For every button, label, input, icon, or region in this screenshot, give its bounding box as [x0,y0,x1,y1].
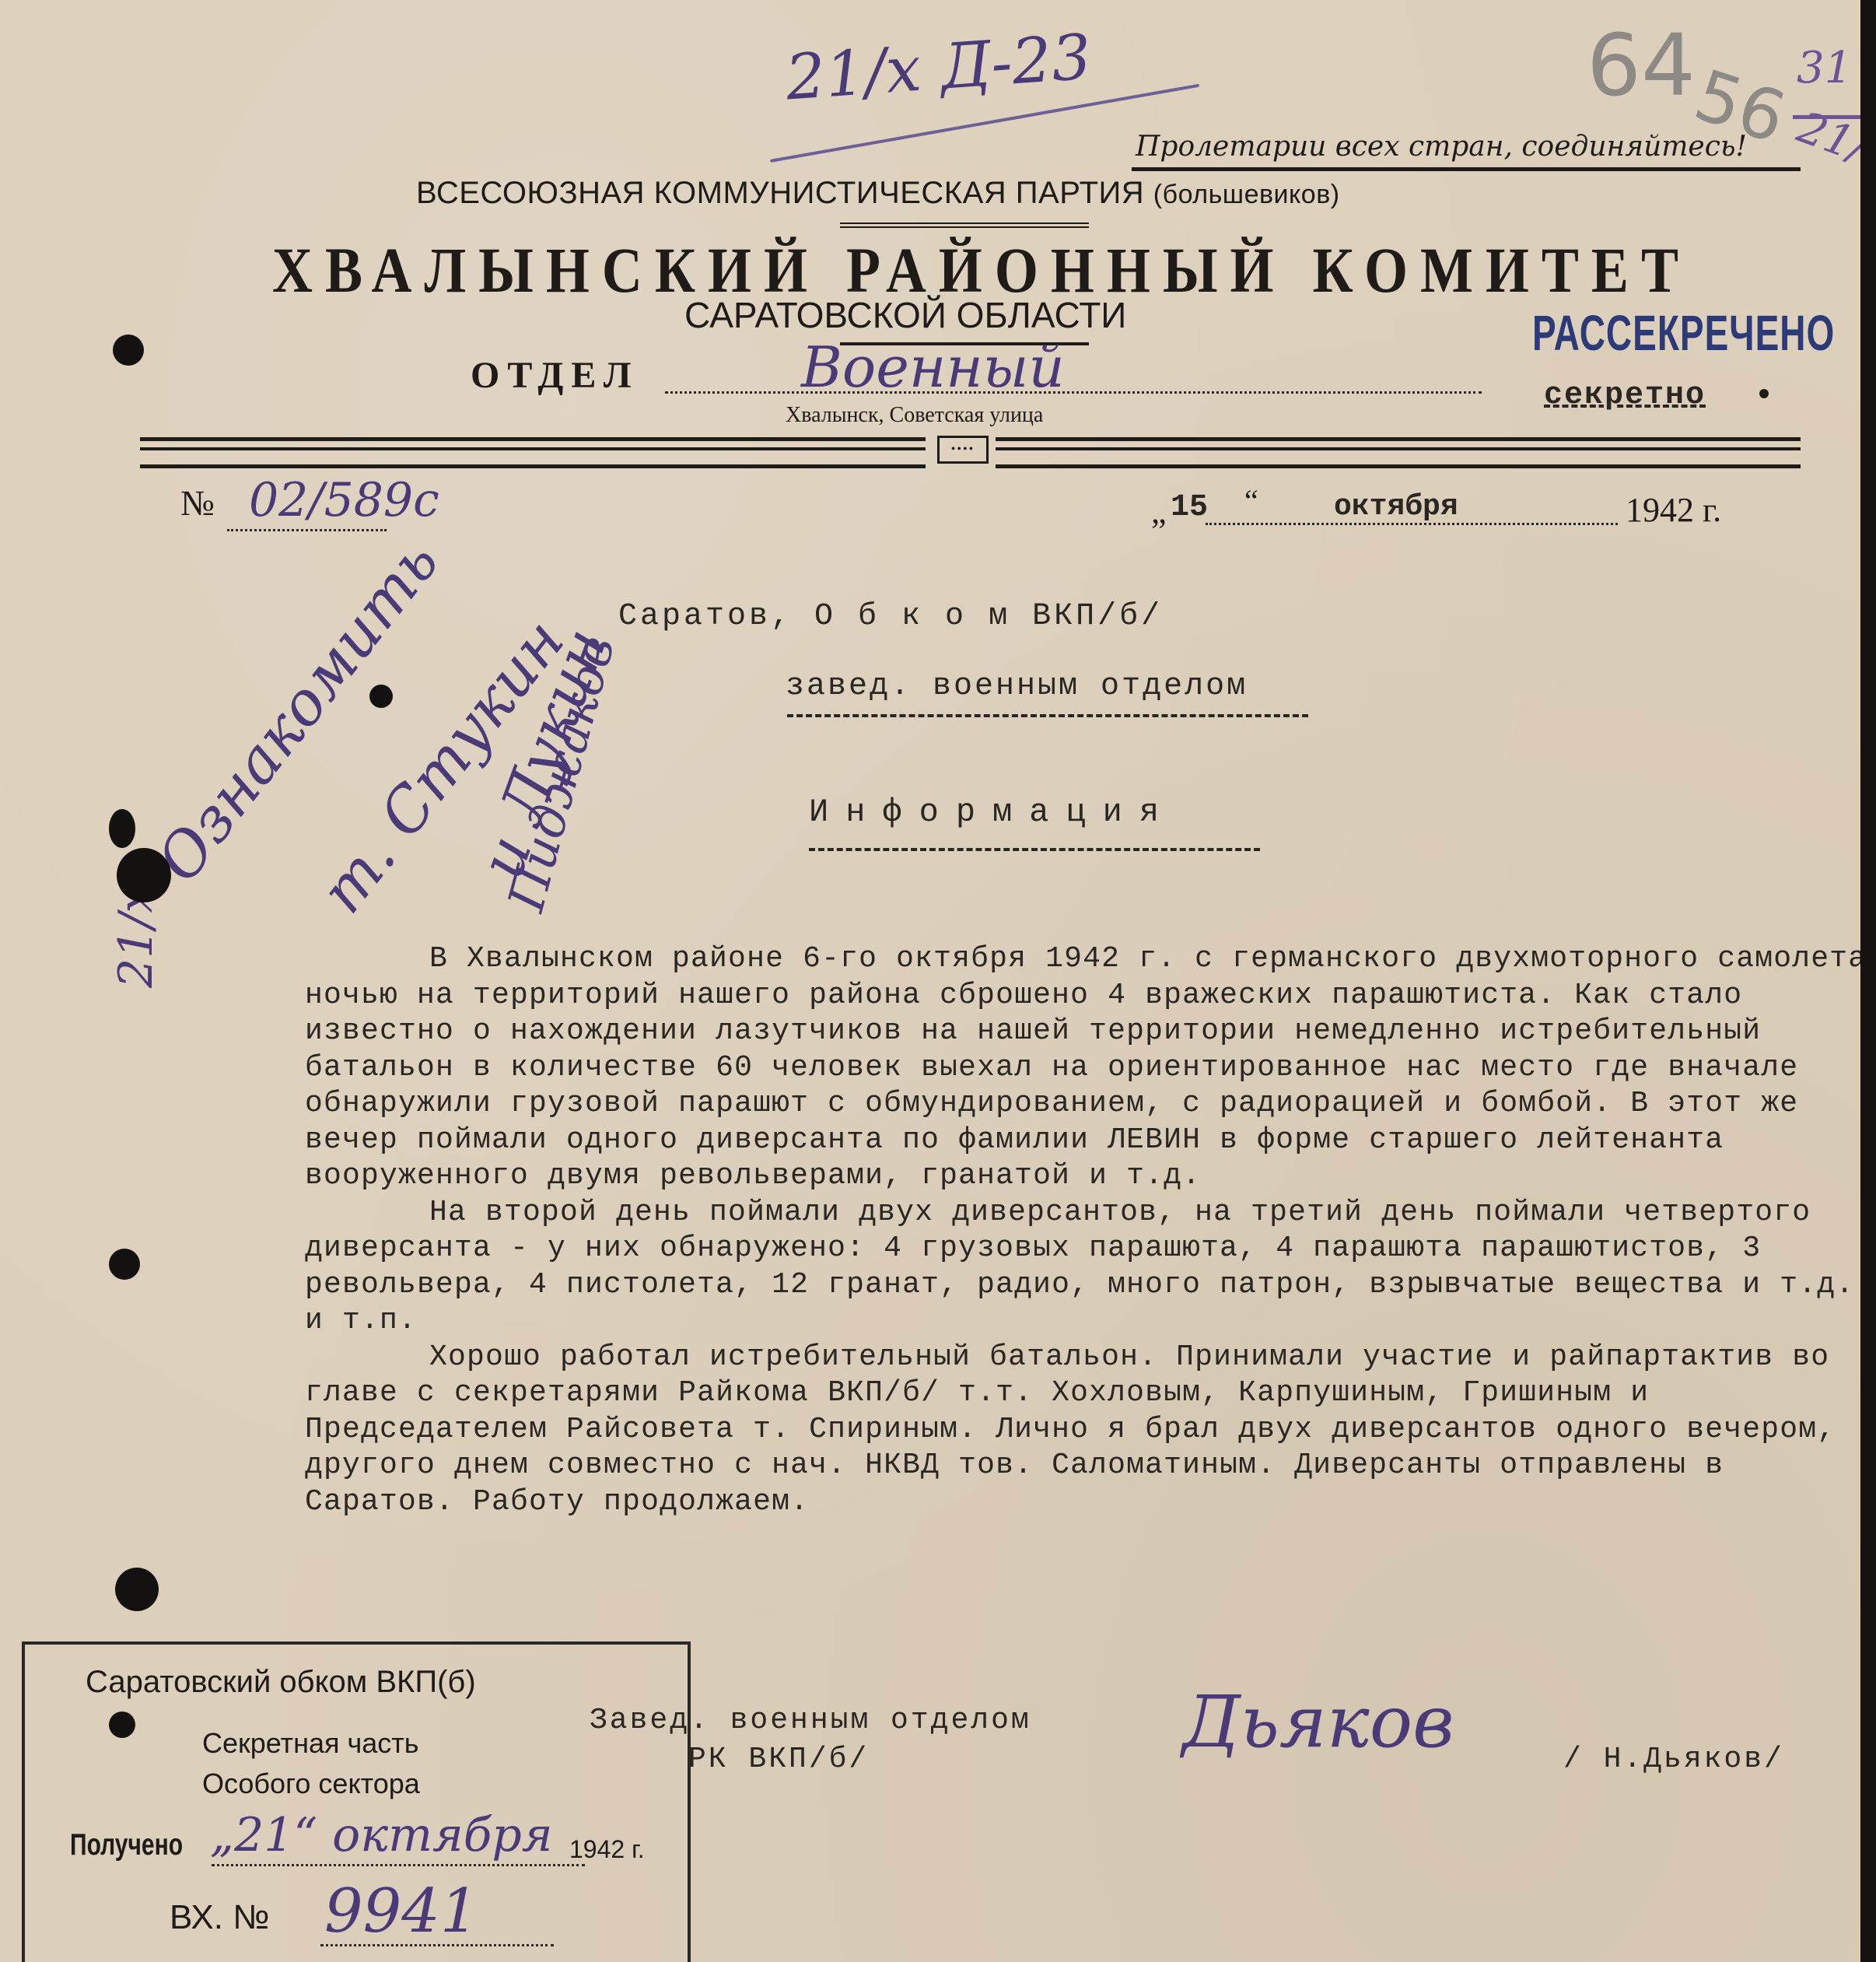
punch-hole [115,1568,159,1611]
file-mark-handwritten: 21/х Д-23 [783,20,1094,114]
document-body: В Хвалынском районе 6-го октября 1942 г.… [305,941,1868,1520]
header-divider [840,222,1089,228]
signatory-name: / Н.Дьяков/ [1563,1743,1784,1776]
receipt-stamp: Саратовский обком ВКП(б) Секретная часть… [22,1641,691,1962]
punch-hole [113,335,144,366]
declassified-stamp: РАССЕКРЕЧЕНО [1532,303,1835,363]
receipt-date-fill-line [212,1864,585,1866]
signatory-title-1: Завед. военным отделом [590,1704,1031,1737]
party-name-suffix: (большевиков) [1153,180,1340,209]
department-label: ОТДЕЛ [471,354,639,397]
date-day: 15 [1171,490,1208,525]
addressee-line-2: завед. военным отделом [786,669,1248,704]
ornamental-rule: •••• [140,437,1801,461]
scan-edge [1860,0,1876,1962]
rule-left-bars [140,437,926,468]
body-paragraph: На второй день поймали двух диверсантов,… [305,1195,1868,1340]
rule-center-ornament: •••• [937,436,989,464]
receipt-received-label: Получено [70,1828,183,1862]
receipt-organization: Саратовский обком ВКП(б) [86,1665,476,1700]
receipt-received-year: 1942 г. [569,1835,645,1864]
title-underline [809,848,1260,851]
receipt-received-date: „21“ октября [210,1808,553,1862]
outgoing-number-fill-line [227,529,387,531]
rule-right-bars [996,437,1801,468]
addressee-underline [787,714,1308,717]
punch-hole [109,809,135,848]
party-name: ВСЕСОЮЗНАЯ КОММУНИСТИЧЕСКАЯ ПАРТИЯ (боль… [416,176,1340,211]
oblast-title: САРАТОВСКОЙ ОБЛАСТИ [684,294,1126,336]
folio-fraction-top: 31 [1797,43,1852,93]
date-close-quote: “ [1244,482,1258,519]
punch-hole [369,685,393,708]
resolution-date: 21/х [109,887,163,988]
document-title: Информация [809,794,1176,831]
party-name-main: ВСЕСОЮЗНАЯ КОММУНИСТИЧЕСКАЯ ПАРТИЯ [416,176,1144,210]
pencil-folio-number: 64 [1587,16,1696,115]
addressee-line-1: Саратов, О б к о м ВКП/б/ [618,599,1163,634]
body-paragraph: Хорошо работал истребительный батальон. … [305,1340,1868,1521]
punch-hole [117,848,171,902]
outgoing-number-label: № [180,482,215,524]
slogan: Пролетарии всех стран, соединяйтесь! [1136,131,1747,163]
address: Хвалынск, Советская улица [786,403,1043,428]
department-handwritten: Военный [801,335,1065,400]
document-page: 21/х Д-23 64 56 31 21/х Пролетарии всех … [0,0,1860,1962]
slogan-underline [1132,167,1801,171]
body-paragraph: В Хвалынском районе 6-го октября 1942 г.… [305,941,1868,1195]
date-open-quote: „ [1151,492,1167,531]
date-year: 1942 г. [1626,490,1721,530]
punch-hole [109,1249,140,1280]
classification-mark: секретно [1544,378,1706,413]
date-month: октября [1334,490,1458,524]
classification-period [1759,389,1769,398]
receipt-department-1: Секретная часть [202,1727,419,1760]
department-fill-line [665,391,1482,394]
receipt-department-2: Особого сектора [202,1768,420,1800]
handwritten-signature: Дьяков [1182,1680,1454,1764]
receipt-incoming-no-label: ВХ. № [170,1898,269,1937]
outgoing-number-value: 02/589с [249,473,439,527]
receipt-incoming-no-value: 9941 [324,1876,479,1946]
signatory-title-2: РК ВКП/б/ [688,1743,869,1776]
